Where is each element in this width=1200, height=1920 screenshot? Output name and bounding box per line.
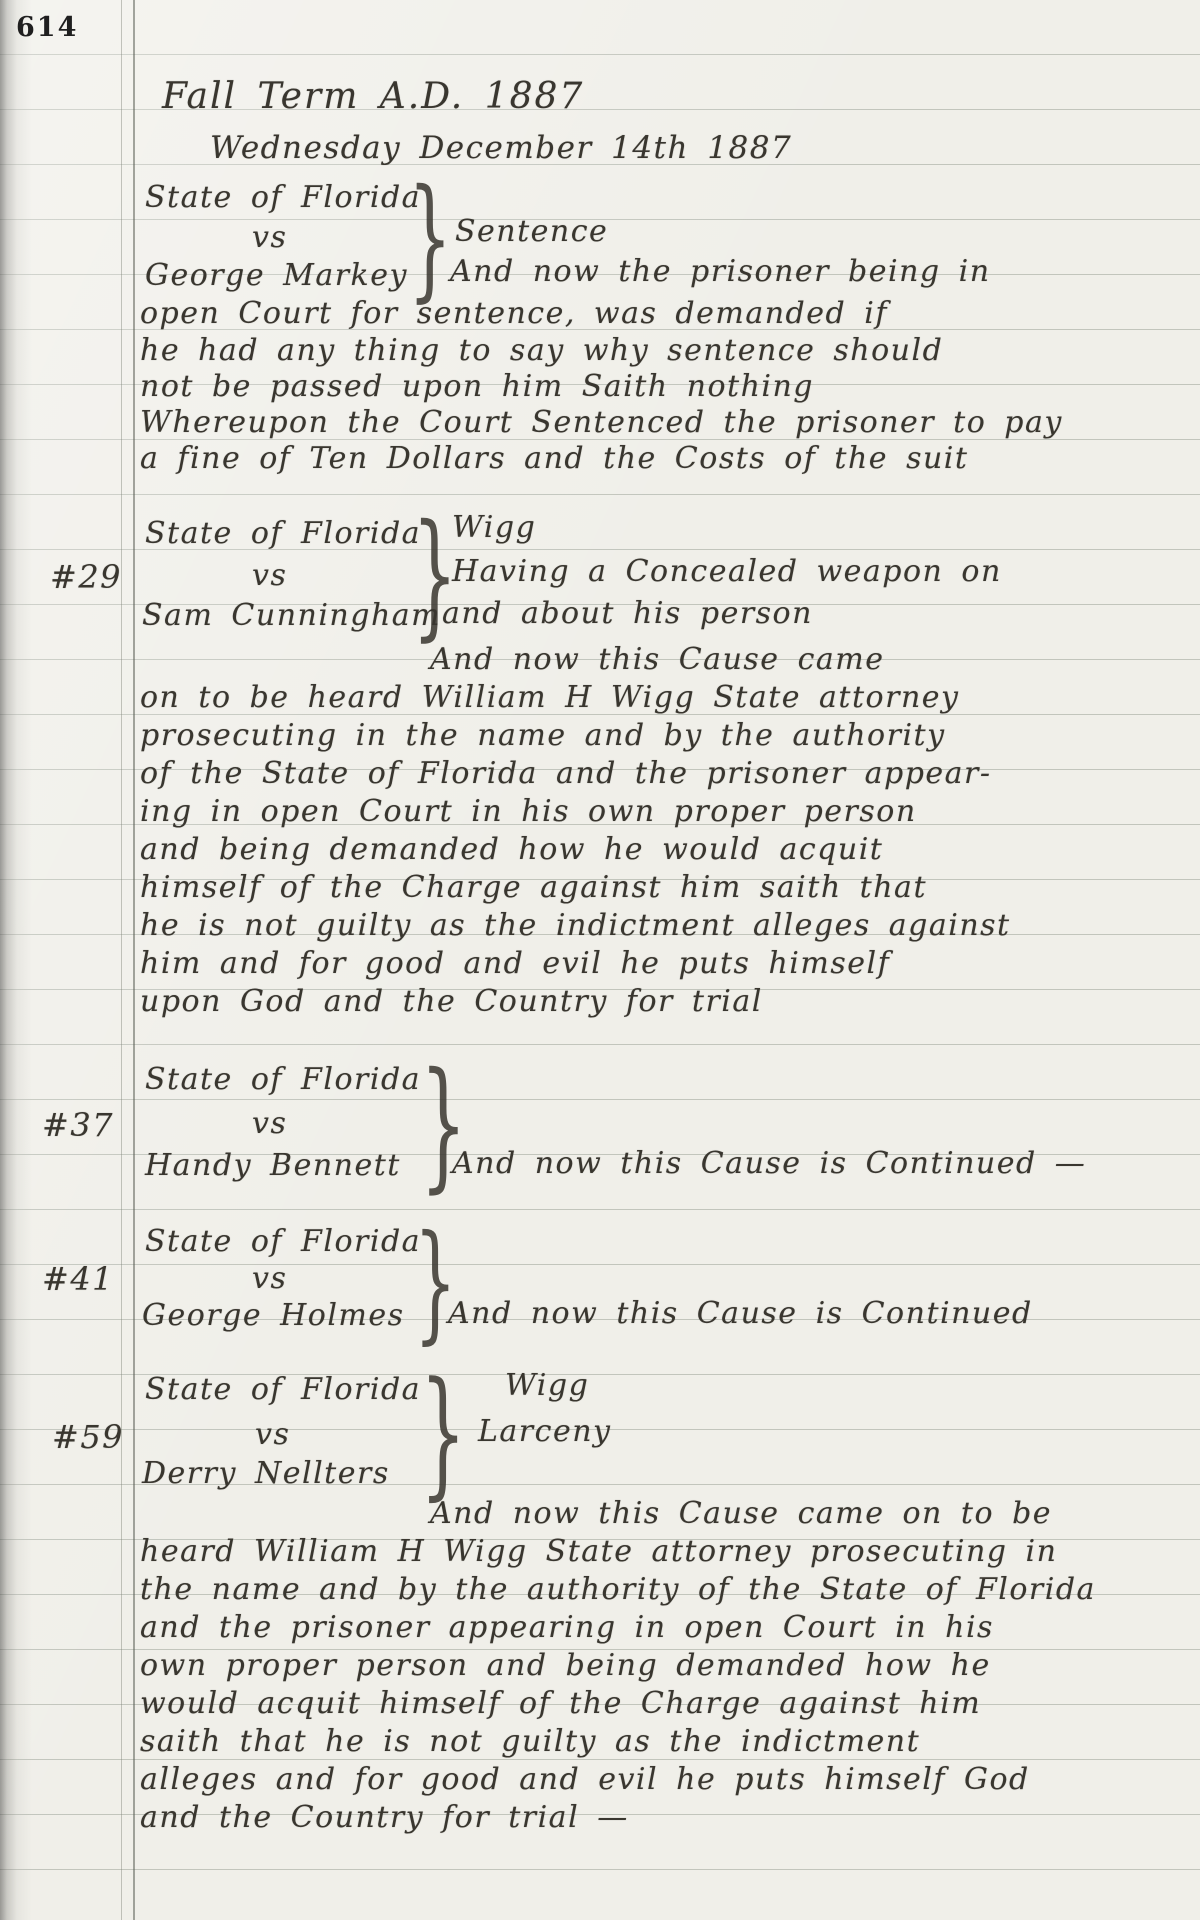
caption-annotation: And now the prisoner being in (450, 254, 991, 289)
caption-versus: vs (252, 1106, 287, 1141)
body-line: not be passed upon him Saith nothing (140, 369, 814, 404)
body-line: himself of the Charge against him saith … (140, 870, 927, 905)
body-line: a fine of Ten Dollars and the Costs of t… (140, 441, 968, 476)
caption-annotation: Wigg (505, 1368, 589, 1403)
caption-brace: } (420, 1364, 466, 1503)
caption-plaintiff: State of Florida (145, 1062, 421, 1097)
body-line: own proper person and being demanded how… (140, 1648, 991, 1683)
body-line: would acquit himself of the Charge again… (140, 1686, 981, 1721)
caption-plaintiff: State of Florida (145, 516, 421, 551)
margin-rule-inner (133, 0, 135, 1920)
caption-defendant: George Markey (145, 258, 408, 293)
caption-plaintiff: State of Florida (145, 1372, 421, 1407)
caption-versus: vs (252, 1261, 287, 1296)
body-line: Whereupon the Court Sentenced the prison… (140, 405, 1063, 440)
caption-versus: vs (252, 220, 287, 255)
body-opening-line: And now this Cause came on to be (430, 1496, 1052, 1531)
body-line: the name and by the authority of the Sta… (140, 1572, 1096, 1607)
body-line: alleges and for good and evil he puts hi… (140, 1762, 1030, 1797)
body-line: ing in open Court in his own proper pers… (140, 794, 917, 829)
page-number: 614 (16, 12, 78, 43)
caption-versus: vs (252, 558, 287, 593)
caption-defendant: George Holmes (142, 1298, 405, 1333)
caption-annotation: And now this Cause is Continued (448, 1296, 1033, 1331)
body-line: saith that he is not guilty as the indic… (140, 1724, 920, 1759)
case-number: #41 (42, 1260, 114, 1298)
body-line: open Court for sentence, was demanded if (140, 296, 888, 331)
session-date: Wednesday December 14th 1887 (210, 130, 792, 166)
case-number: #29 (50, 558, 122, 596)
caption-brace: } (408, 172, 452, 304)
body-line: and being demanded how he would acquit (140, 832, 883, 867)
caption-defendant: Handy Bennett (145, 1148, 401, 1183)
caption-annotation: Larceny (478, 1414, 611, 1449)
body-line: prosecuting in the name and by the autho… (140, 718, 946, 753)
caption-plaintiff: State of Florida (145, 180, 421, 215)
body-line: and the prisoner appearing in open Court… (140, 1610, 994, 1645)
body-line: and the Country for trial — (140, 1800, 629, 1835)
caption-plaintiff: State of Florida (145, 1224, 421, 1259)
body-line: he had any thing to say why sentence sho… (140, 333, 943, 368)
body-line: upon God and the Country for trial (140, 984, 763, 1019)
caption-defendant: Derry Nellters (142, 1456, 390, 1491)
body-line: of the State of Florida and the prisoner… (140, 756, 992, 791)
body-line: on to be heard William H Wigg State atto… (140, 680, 959, 715)
ledger-page: 614 Fall Term A.D. 1887 Wednesday Decemb… (0, 0, 1200, 1920)
caption-annotation: Sentence (455, 214, 608, 249)
caption-annotation: And now this Cause is Continued — (452, 1146, 1086, 1181)
case-number: #59 (52, 1418, 124, 1456)
term-heading: Fall Term A.D. 1887 (162, 76, 584, 117)
caption-defendant: Sam Cunningham (142, 598, 441, 633)
body-line: he is not guilty as the indictment alleg… (140, 908, 1011, 943)
caption-annotation: Having a Concealed weapon on (452, 554, 1002, 589)
body-line: him and for good and evil he puts himsel… (140, 946, 890, 981)
body-line: heard William H Wigg State attorney pros… (140, 1534, 1057, 1569)
margin-rule-outer (121, 0, 122, 1920)
caption-versus: vs (255, 1417, 290, 1452)
caption-annotation: and about his person (442, 596, 813, 631)
body-opening-line: And now this Cause came (430, 642, 884, 677)
case-number: #37 (42, 1106, 114, 1144)
caption-annotation: Wigg (452, 510, 536, 545)
